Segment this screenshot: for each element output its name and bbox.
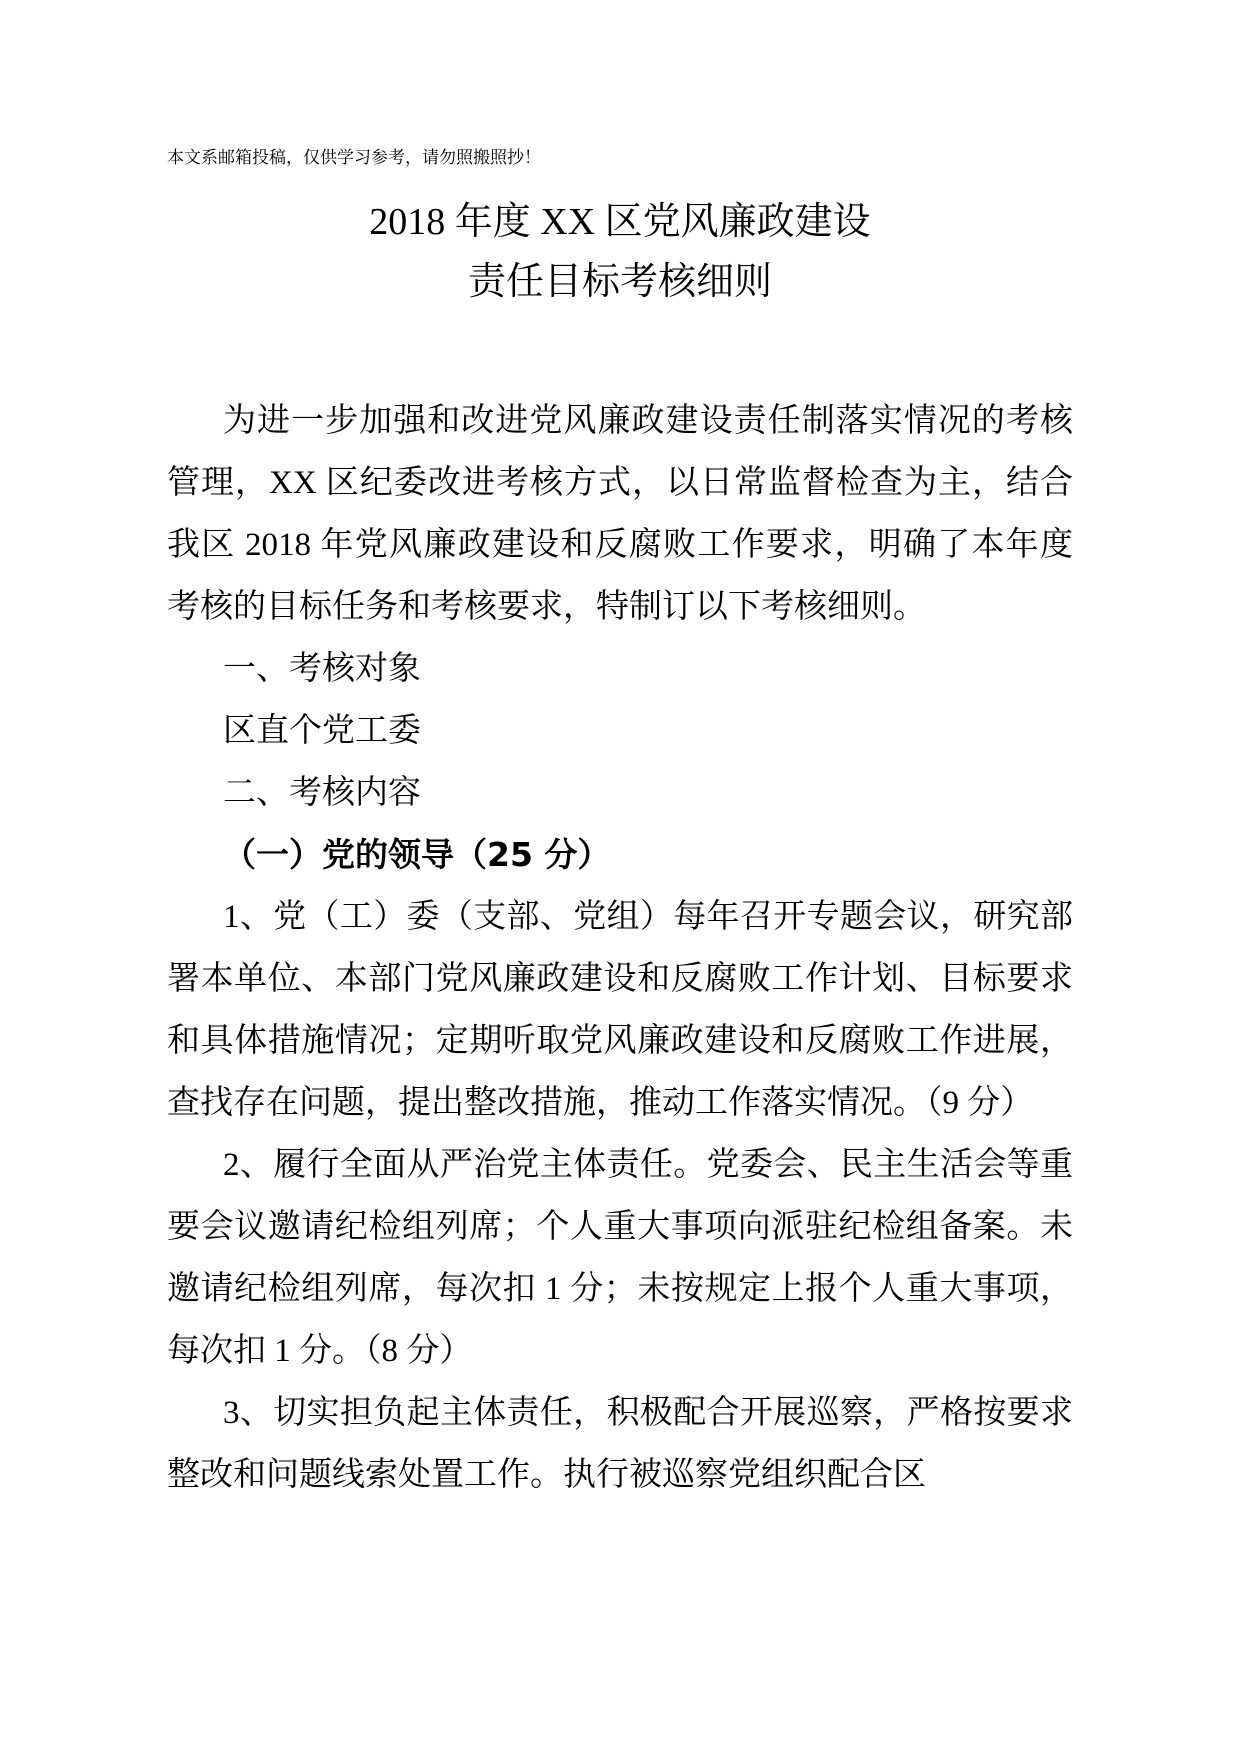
document-title: 2018 年度 XX 区党风廉政建设 责任目标考核细则: [167, 192, 1073, 312]
document-content: 本文系邮箱投稿，仅供学习参考，请勿照搬照抄！ 2018 年度 XX 区党风廉政建…: [167, 0, 1073, 1506]
document-title-line2: 责任目标考核细则: [167, 252, 1073, 312]
paragraph: 区直个党工委: [167, 700, 1073, 762]
document-body: 为进一步加强和改进党风廉政建设责任制落实情况的考核管理，XX 区纪委改进考核方式…: [167, 390, 1073, 1506]
paragraph: 一、考核对象: [167, 638, 1073, 700]
section-heading: （一）党的领导（25 分）: [167, 824, 1073, 886]
paragraph: 1、党（工）委（支部、党组）每年召开专题会议，研究部署本单位、本部门党风廉政建设…: [167, 886, 1073, 1134]
disclaimer-note: 本文系邮箱投稿，仅供学习参考，请勿照搬照抄！: [167, 146, 1073, 170]
paragraph: 为进一步加强和改进党风廉政建设责任制落实情况的考核管理，XX 区纪委改进考核方式…: [167, 390, 1073, 638]
paragraph: 二、考核内容: [167, 762, 1073, 824]
document-title-line1: 2018 年度 XX 区党风廉政建设: [167, 192, 1073, 252]
document-page: 本文系邮箱投稿，仅供学习参考，请勿照搬照抄！ 2018 年度 XX 区党风廉政建…: [0, 0, 1240, 1754]
paragraph: 2、履行全面从严治党主体责任。党委会、民主生活会等重要会议邀请纪检组列席；个人重…: [167, 1134, 1073, 1382]
paragraph: 3、切实担负起主体责任，积极配合开展巡察，严格按要求整改和问题线索处置工作。执行…: [167, 1382, 1073, 1506]
